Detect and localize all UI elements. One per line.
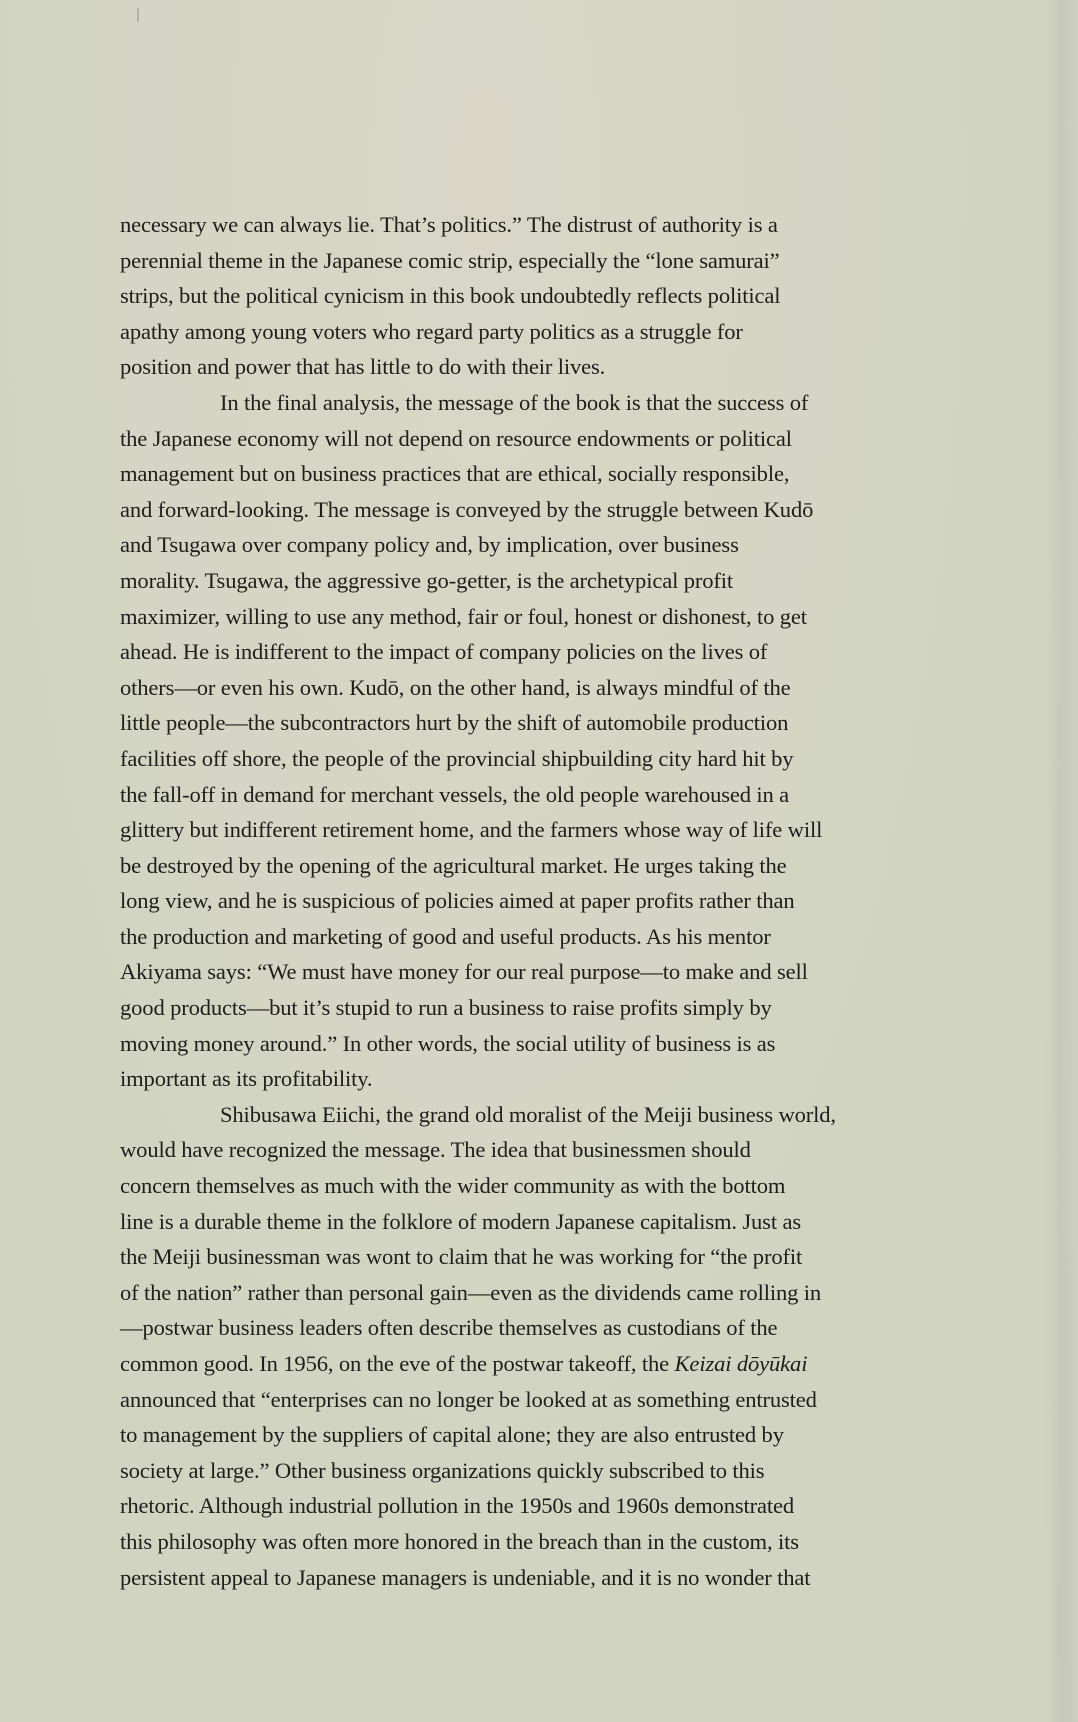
text-line: ahead. He is indifferent to the impact o…: [120, 634, 978, 670]
book-page: necessary we can always lie. That’s poli…: [0, 0, 1078, 1722]
body-text: necessary we can always lie. That’s poli…: [120, 207, 978, 1595]
text-line: maximizer, willing to use any method, fa…: [120, 599, 978, 635]
text-line: announced that “enterprises can no longe…: [120, 1382, 978, 1418]
text-line: of the nation” rather than personal gain…: [120, 1275, 978, 1311]
text-line: apathy among young voters who regard par…: [120, 314, 978, 350]
text-line: this philosophy was often more honored i…: [120, 1524, 978, 1560]
text-line: important as its profitability.: [120, 1061, 978, 1097]
text-line: perennial theme in the Japanese comic st…: [120, 243, 978, 279]
text-line: moving money around.” In other words, th…: [120, 1026, 978, 1062]
text-line: concern themselves as much with the wide…: [120, 1168, 978, 1204]
text-line: glittery but indifferent retirement home…: [120, 812, 978, 848]
text-line: management but on business practices tha…: [120, 456, 978, 492]
text-line: be destroyed by the opening of the agric…: [120, 848, 978, 884]
text-line: and forward-looking. The message is conv…: [120, 492, 978, 528]
text-line-indented: In the final analysis, the message of th…: [120, 385, 978, 421]
text-line: —postwar business leaders often describe…: [120, 1310, 978, 1346]
text-line: would have recognized the message. The i…: [120, 1132, 978, 1168]
text-line: others—or even his own. Kudō, on the oth…: [120, 670, 978, 706]
text-line: strips, but the political cynicism in th…: [120, 278, 978, 314]
text-line: Akiyama says: “We must have money for ou…: [120, 954, 978, 990]
text-line: and Tsugawa over company policy and, by …: [120, 527, 978, 563]
text-line: the Meiji businessman was wont to claim …: [120, 1239, 978, 1275]
text-line: position and power that has little to do…: [120, 349, 978, 385]
text-line: line is a durable theme in the folklore …: [120, 1204, 978, 1240]
text-line: little people—the subcontractors hurt by…: [120, 705, 978, 741]
text-line-indented: Shibusawa Eiichi, the grand old moralist…: [120, 1097, 978, 1133]
text-run: common good. In 1956, on the eve of the …: [120, 1351, 675, 1376]
text-line: the Japanese economy will not depend on …: [120, 421, 978, 457]
text-line: rhetoric. Although industrial pollution …: [120, 1488, 978, 1524]
italic-term: Keizai dōyūkai: [675, 1351, 808, 1376]
paragraph-1: necessary we can always lie. That’s poli…: [120, 207, 978, 385]
text-line: long view, and he is suspicious of polic…: [120, 883, 978, 919]
text-line: good products—but it’s stupid to run a b…: [120, 990, 978, 1026]
text-line: the production and marketing of good and…: [120, 919, 978, 955]
text-line: to management by the suppliers of capita…: [120, 1417, 978, 1453]
paragraph-3: Shibusawa Eiichi, the grand old moralist…: [120, 1097, 978, 1595]
text-line: facilities off shore, the people of the …: [120, 741, 978, 777]
text-line: the fall-off in demand for merchant vess…: [120, 777, 978, 813]
text-line: necessary we can always lie. That’s poli…: [120, 207, 978, 243]
text-line: society at large.” Other business organi…: [120, 1453, 978, 1489]
text-line: morality. Tsugawa, the aggressive go-get…: [120, 563, 978, 599]
text-line: persistent appeal to Japanese managers i…: [120, 1560, 978, 1596]
text-line-with-italic: common good. In 1956, on the eve of the …: [120, 1346, 978, 1382]
paragraph-2: In the final analysis, the message of th…: [120, 385, 978, 1097]
scan-artifact: [137, 8, 139, 22]
